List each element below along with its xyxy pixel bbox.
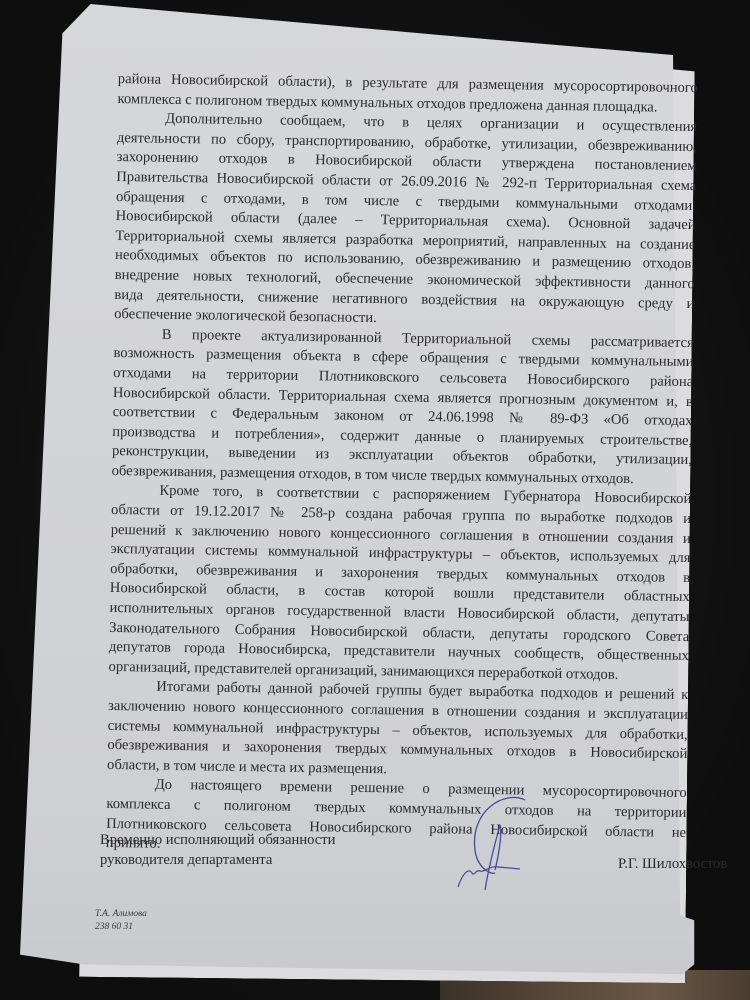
paragraph-2: Дополнительно сообщаем, что в целях орга… xyxy=(114,109,697,334)
executor-phone: 238 60 31 xyxy=(95,921,147,934)
position-line: Временно исполняющий обязанности xyxy=(100,830,335,850)
paragraph-4: Кроме того, в соответствии с распоряжени… xyxy=(108,481,691,686)
handwritten-signature-icon xyxy=(450,795,570,895)
signatory-position: Временно исполняющий обязанности руковод… xyxy=(100,830,335,870)
paragraph-5: Итогами работы данной рабочей группы буд… xyxy=(107,677,688,784)
paragraph-3: В проекте актуализированной Территориаль… xyxy=(112,325,694,491)
executor-name: Т.А. Алимова xyxy=(95,908,147,921)
letter-body: района Новосибирской области), в результ… xyxy=(106,70,698,863)
executor-info: Т.А. Алимова 238 60 31 xyxy=(95,908,147,934)
position-line: руководителя департамента xyxy=(100,850,335,870)
signatory-name: Р.Г. Шилохвостов xyxy=(618,854,727,874)
